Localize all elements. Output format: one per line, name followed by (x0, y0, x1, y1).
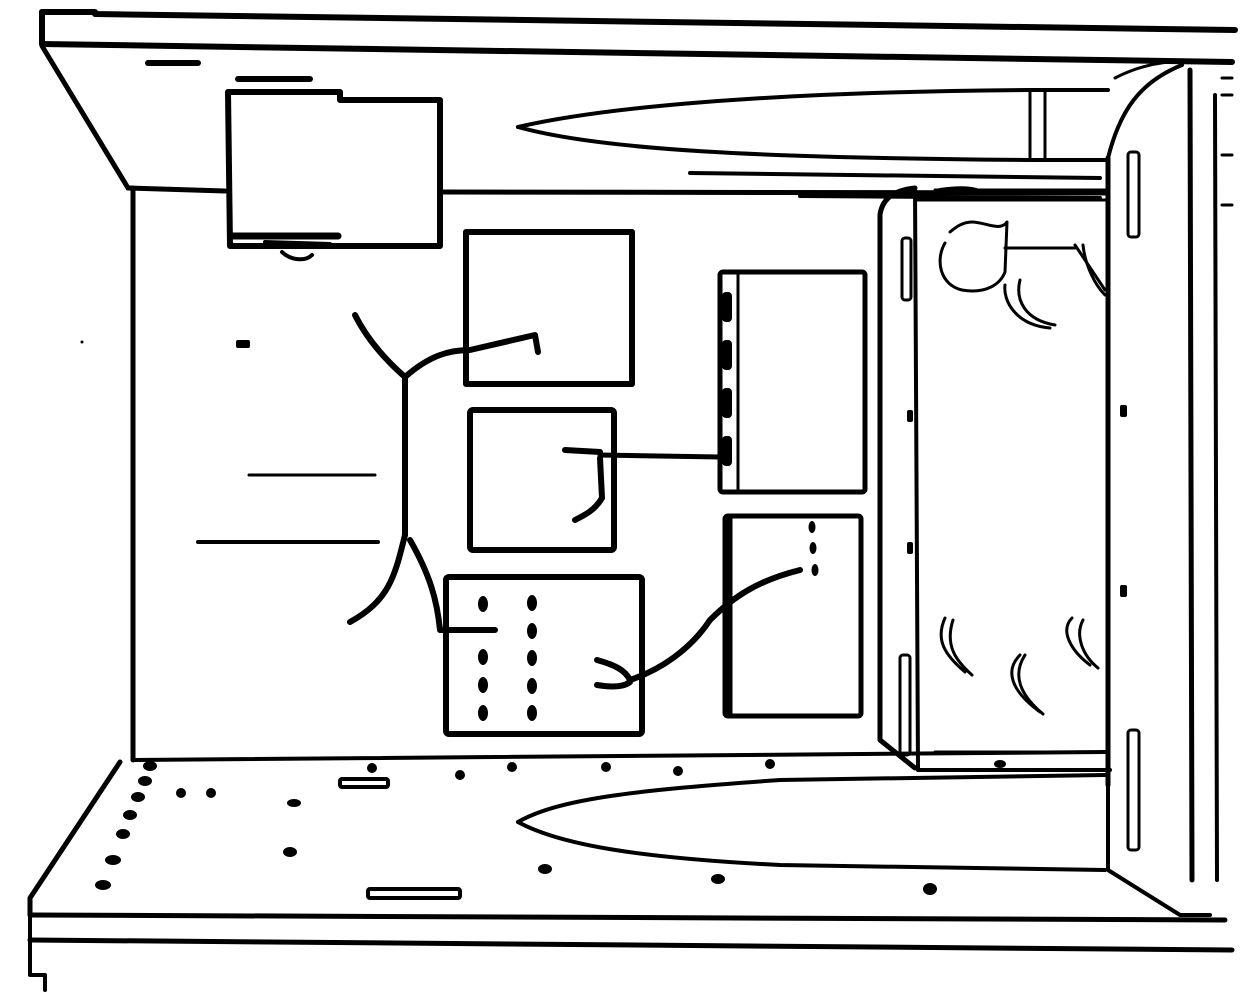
bottom-panel (30, 752, 1232, 990)
module-c (446, 577, 642, 734)
fan-unit (940, 222, 1105, 328)
module-a (466, 232, 632, 384)
right-frame (1108, 61, 1232, 915)
module-b (470, 410, 614, 550)
door-handle-top[interactable] (902, 238, 911, 300)
frame-handle-top[interactable] (1128, 152, 1139, 237)
top-panel (42, 12, 1235, 198)
side-door (880, 188, 1110, 770)
upper-left-module (228, 92, 440, 259)
module-d (720, 272, 865, 492)
module-e (725, 516, 861, 716)
terminal-contacts (478, 595, 537, 721)
door-handle-bottom[interactable] (900, 655, 910, 755)
cabinet-diagram (0, 0, 1240, 1007)
frame-handle-bottom[interactable] (1128, 730, 1139, 850)
back-wall (82, 188, 378, 760)
connector-strip (722, 292, 732, 466)
